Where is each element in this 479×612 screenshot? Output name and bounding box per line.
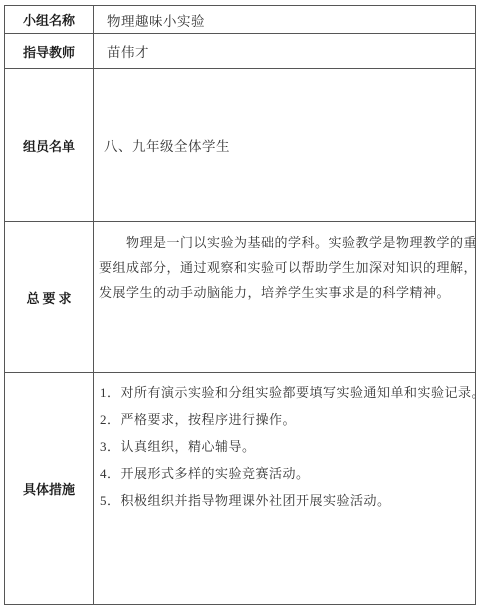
label-general-requirements: 总要求 xyxy=(5,222,94,373)
measure-item: 5．积极组织并指导物理课外社团开展实验活动。 xyxy=(100,487,473,514)
label-member-list: 组员名单 xyxy=(5,69,94,222)
label-advisor: 指导教师 xyxy=(5,34,94,69)
paragraph-line: 物理是一门以实验为基础的学科。实验教学是物理教学的重 xyxy=(99,230,471,255)
value-specific-measures: 1．对所有演示实验和分组实验都要填写实验通知单和实验记录。 2．严格要求，按程序… xyxy=(94,373,475,604)
value-member-list: 八、九年级全体学生 xyxy=(94,69,475,222)
paragraph-line: 要组成部分，通过观察和实验可以帮助学生加深对知识的理解， xyxy=(99,255,471,280)
value-general-requirements: 物理是一门以实验为基础的学科。实验教学是物理教学的重 要组成部分，通过观察和实验… xyxy=(94,222,475,373)
label-group-name: 小组名称 xyxy=(5,6,94,34)
paragraph-line: 发展学生的动手动脑能力，培养学生实事求是的科学精神。 xyxy=(99,280,471,305)
value-advisor: 苗伟才 xyxy=(94,34,475,69)
measure-item: 3．认真组织，精心辅导。 xyxy=(100,433,473,460)
plan-info-table: 小组名称 物理趣味小实验 指导教师 苗伟才 组员名单 八、九年级全体学生 总要求… xyxy=(4,5,476,605)
label-specific-measures: 具体措施 xyxy=(5,373,94,604)
measure-item: 4．开展形式多样的实验竞赛活动。 xyxy=(100,460,473,487)
measure-item: 2．严格要求，按程序进行操作。 xyxy=(100,406,473,433)
value-group-name: 物理趣味小实验 xyxy=(94,6,475,34)
measure-item: 1．对所有演示实验和分组实验都要填写实验通知单和实验记录。 xyxy=(100,379,473,406)
